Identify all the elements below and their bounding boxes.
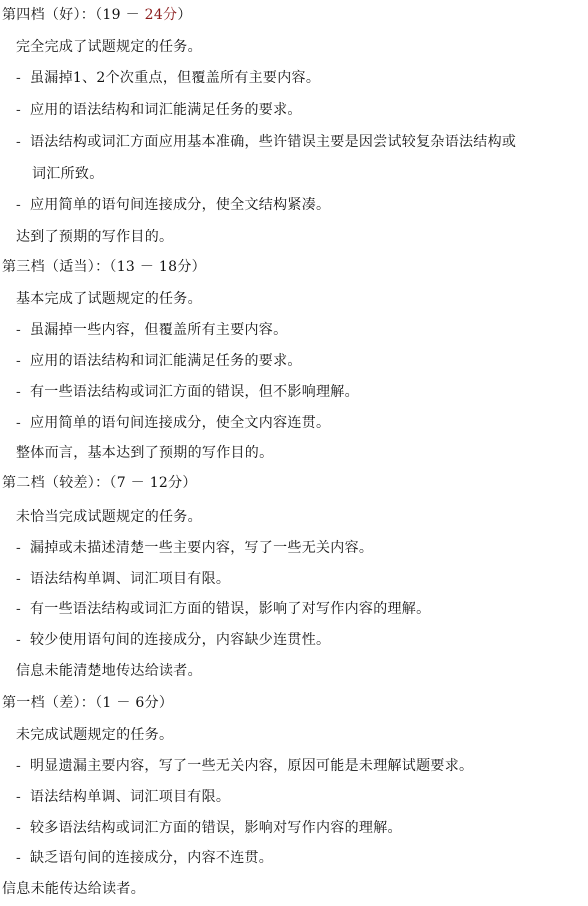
level-2-summary: 未恰当完成试题规定的任务。 <box>16 508 202 526</box>
item-text: 缺乏语句间的连接成分，内容不连贯。 <box>30 850 273 866</box>
level-3-conclusion: 整体而言，基本达到了预期的写作目的。 <box>16 444 273 462</box>
bullet-dash: - <box>16 101 30 119</box>
bullet-dash: - <box>16 788 30 806</box>
level-4-heading-suffix: ） <box>177 7 191 23</box>
level-4-heading-prefix: 第四档（好）：（19 － <box>2 7 145 23</box>
level-4-item: -应用简单的语句间连接成分，使全文结构紧凑。 <box>16 196 330 214</box>
level-3-item: -应用的语法结构和词汇能满足任务的要求。 <box>16 352 302 370</box>
bullet-dash: - <box>16 570 30 588</box>
level-3-item: -虽漏掉一些内容，但覆盖所有主要内容。 <box>16 321 287 339</box>
level-1-item: -明显遗漏主要内容，写了一些无关内容，原因可能是未理解试题要求。 <box>16 757 473 775</box>
level-4-conclusion: 达到了预期的写作目的。 <box>16 228 173 246</box>
level-4-item: -应用的语法结构和词汇能满足任务的要求。 <box>16 101 302 119</box>
item-text: 虽漏掉一些内容，但覆盖所有主要内容。 <box>30 322 287 338</box>
level-3-summary: 基本完成了试题规定的任务。 <box>16 290 202 308</box>
item-text: 有一些语法结构或词汇方面的错误，但不影响理解。 <box>30 384 359 400</box>
level-4-item: -虽漏掉1、2个次重点，但覆盖所有主要内容。 <box>16 69 320 87</box>
level-2-item: -漏掉或未描述清楚一些主要内容，写了一些无关内容。 <box>16 539 373 557</box>
item-text: 应用的语法结构和词汇能满足任务的要求。 <box>30 102 302 118</box>
bullet-dash: - <box>16 414 30 432</box>
item-text: 应用简单的语句间连接成分，使全文结构紧凑。 <box>30 197 330 213</box>
level-1-summary: 未完成试题规定的任务。 <box>16 726 173 744</box>
level-2-item: -有一些语法结构或词汇方面的错误，影响了对写作内容的理解。 <box>16 600 430 618</box>
level-2-heading: 第二档（较差）：（7 － 12分） <box>2 474 197 492</box>
item-text: 语法结构单调、词汇项目有限。 <box>30 571 230 587</box>
level-4-heading-score: 24分 <box>145 7 178 23</box>
bullet-dash: - <box>16 352 30 370</box>
item-text: 明显遗漏主要内容，写了一些无关内容，原因可能是未理解试题要求。 <box>30 758 473 774</box>
item-text: 虽漏掉1、2个次重点，但覆盖所有主要内容。 <box>30 70 320 86</box>
bullet-dash: - <box>16 849 30 867</box>
level-4-heading: 第四档（好）：（19 － 24分） <box>2 6 192 24</box>
bullet-dash: - <box>16 383 30 401</box>
item-text: 较多语法结构或词汇方面的错误，影响对写作内容的理解。 <box>30 820 402 836</box>
level-3-heading: 第三档（适当）：（13 － 18分） <box>2 258 206 276</box>
bullet-dash: - <box>16 69 30 87</box>
bullet-dash: - <box>16 196 30 214</box>
item-text: 语法结构单调、词汇项目有限。 <box>30 789 230 805</box>
level-2-item: -较少使用语句间的连接成分，内容缺少连贯性。 <box>16 631 330 649</box>
bullet-dash: - <box>16 631 30 649</box>
level-4-summary: 完全完成了试题规定的任务。 <box>16 38 202 56</box>
bullet-dash: - <box>16 819 30 837</box>
level-1-heading: 第一档（差）：（1 － 6分） <box>2 694 173 712</box>
level-4-item: -语法结构或词汇方面应用基本准确，些许错误主要是因尝试较复杂语法结构或 <box>16 133 516 151</box>
item-text: 语法结构或词汇方面应用基本准确，些许错误主要是因尝试较复杂语法结构或 <box>30 134 516 150</box>
level-2-item: -语法结构单调、词汇项目有限。 <box>16 570 230 588</box>
level-3-item: -应用简单的语句间连接成分，使全文内容连贯。 <box>16 414 330 432</box>
level-1-conclusion: 信息未能传达给读者。 <box>2 880 145 898</box>
level-3-item: -有一些语法结构或词汇方面的错误，但不影响理解。 <box>16 383 359 401</box>
level-1-item: -语法结构单调、词汇项目有限。 <box>16 788 230 806</box>
item-text: 应用的语法结构和词汇能满足任务的要求。 <box>30 353 302 369</box>
bullet-dash: - <box>16 321 30 339</box>
level-4-item-continuation: 词汇所致。 <box>32 165 104 183</box>
level-2-conclusion: 信息未能清楚地传达给读者。 <box>16 662 202 680</box>
bullet-dash: - <box>16 539 30 557</box>
bullet-dash: - <box>16 757 30 775</box>
item-text: 较少使用语句间的连接成分，内容缺少连贯性。 <box>30 632 330 648</box>
level-1-item: -缺乏语句间的连接成分，内容不连贯。 <box>16 849 273 867</box>
level-1-item: -较多语法结构或词汇方面的错误，影响对写作内容的理解。 <box>16 819 402 837</box>
bullet-dash: - <box>16 133 30 151</box>
bullet-dash: - <box>16 600 30 618</box>
item-text: 应用简单的语句间连接成分，使全文内容连贯。 <box>30 415 330 431</box>
item-text: 漏掉或未描述清楚一些主要内容，写了一些无关内容。 <box>30 540 373 556</box>
item-text: 有一些语法结构或词汇方面的错误，影响了对写作内容的理解。 <box>30 601 430 617</box>
